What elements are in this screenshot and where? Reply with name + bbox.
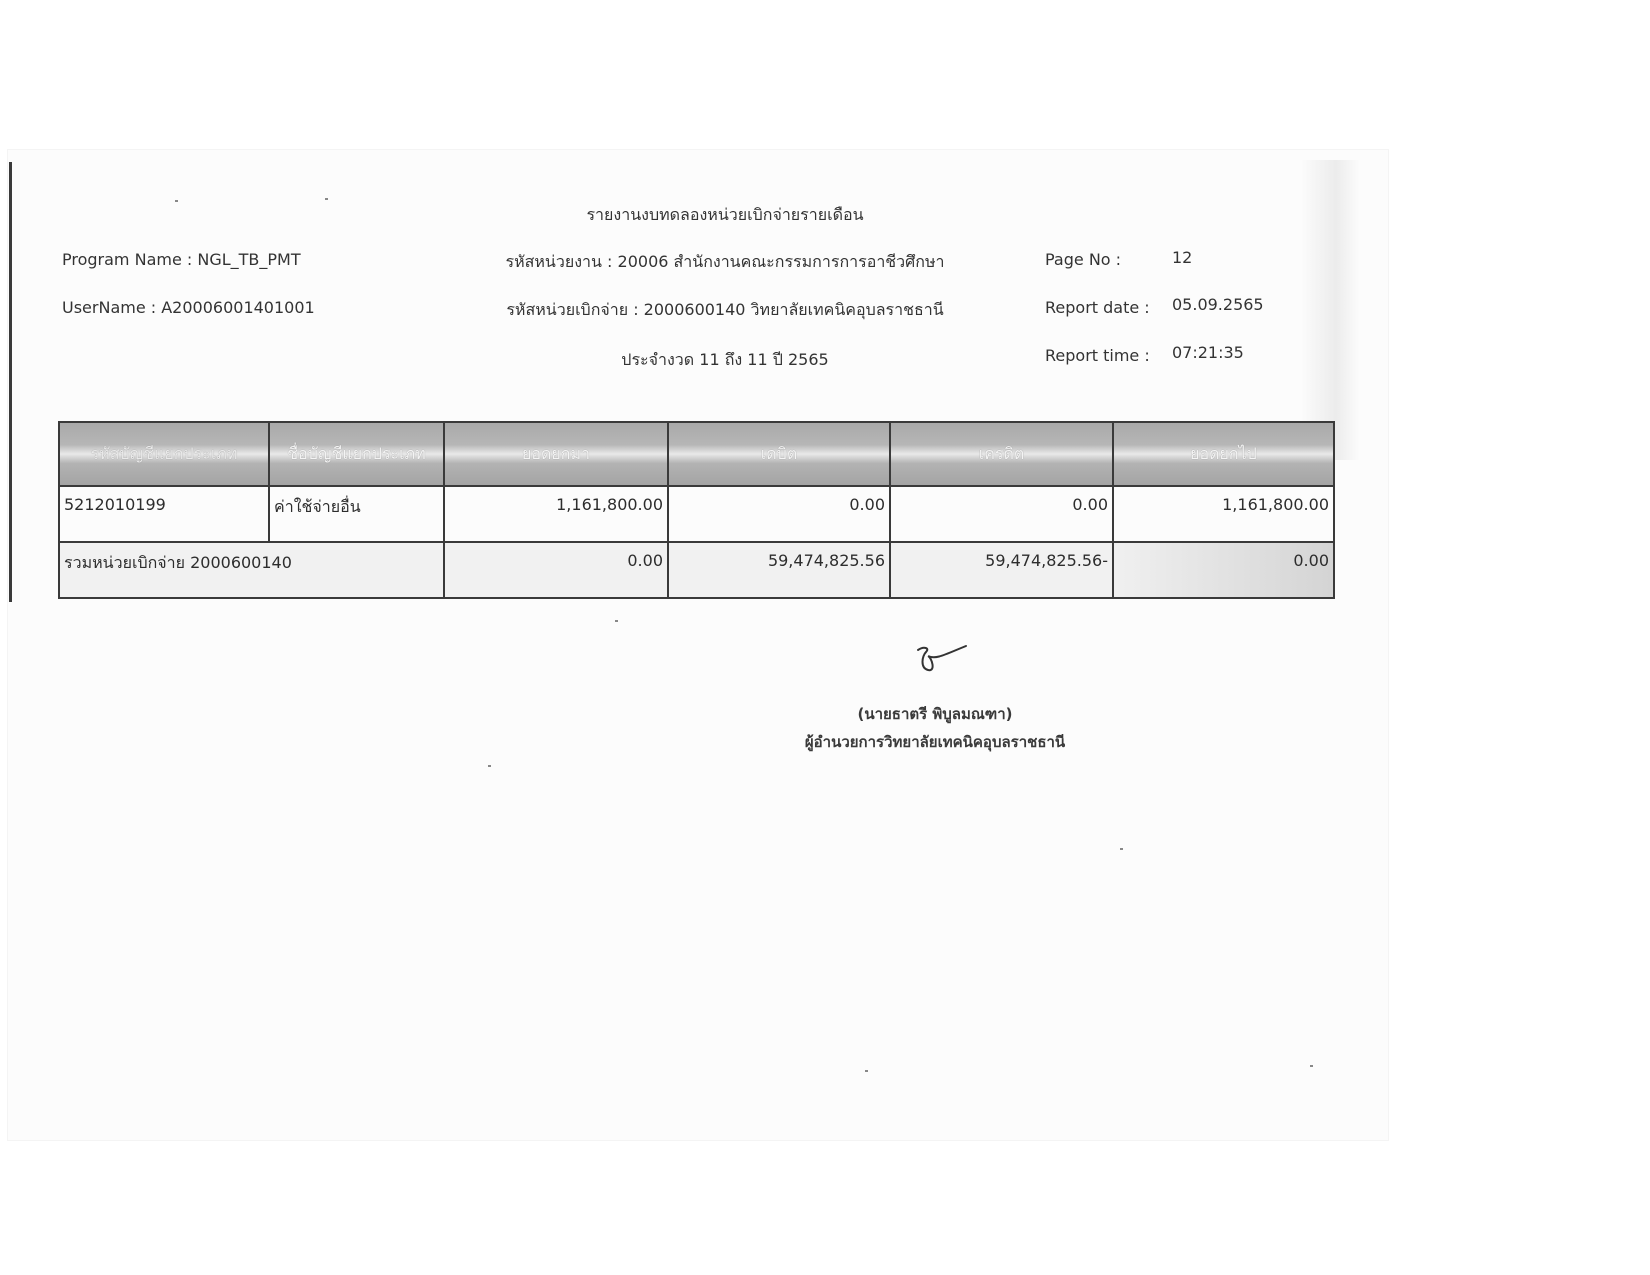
cell-credit: 0.00 xyxy=(890,486,1113,542)
scan-speck xyxy=(615,620,618,622)
total-closing-balance: 0.00 xyxy=(1113,542,1334,598)
disbursement-unit-line: รหัสหน่วยเบิกจ่าย : 2000600140 วิทยาลัยเ… xyxy=(506,298,943,323)
signatory-position: ผู้อำนวยการวิทยาลัยเทคนิคอุบลราชธานี xyxy=(805,730,1065,754)
table-header-row: รหัสบัญชีแยกประเภท ชื่อบัญชีแยกประเภท ยอ… xyxy=(59,422,1334,486)
cell-opening-balance: 1,161,800.00 xyxy=(444,486,668,542)
scan-speck xyxy=(865,1070,868,1072)
total-credit: 59,474,825.56- xyxy=(890,542,1113,598)
report-time-label: Report time : xyxy=(1045,346,1150,365)
scan-shadow xyxy=(1300,160,1360,460)
trial-balance-table: รหัสบัญชีแยกประเภท ชื่อบัญชีแยกประเภท ยอ… xyxy=(58,421,1335,599)
cell-debit: 0.00 xyxy=(668,486,890,542)
program-name: Program Name : NGL_TB_PMT xyxy=(62,250,301,269)
total-row: รวมหน่วยเบิกจ่าย 2000600140 0.00 59,474,… xyxy=(59,542,1334,598)
agency-line: รหัสหน่วยงาน : 20006 สำนักงานคณะกรรมการก… xyxy=(505,250,944,275)
cell-account-name: ค่าใช้จ่ายอื่น xyxy=(269,486,444,542)
page-no-label: Page No : xyxy=(1045,250,1121,269)
username: UserName : A20006001401001 xyxy=(62,298,315,317)
scan-speck xyxy=(1310,1065,1313,1067)
scan-speck xyxy=(325,198,328,200)
scan-edge-line xyxy=(9,162,12,602)
total-debit: 59,474,825.56 xyxy=(668,542,890,598)
table-row: 5212010199 ค่าใช้จ่ายอื่น 1,161,800.00 0… xyxy=(59,486,1334,542)
report-title: รายงานงบทดลองหน่วยเบิกจ่ายรายเดือน xyxy=(586,203,863,228)
scan-speck xyxy=(1120,848,1123,850)
total-opening-balance: 0.00 xyxy=(444,542,668,598)
cell-account-code: 5212010199 xyxy=(59,486,269,542)
handwritten-signature xyxy=(910,640,970,680)
report-date-label: Report date : xyxy=(1045,298,1150,317)
column-header-closing-balance: ยอดยกไป xyxy=(1113,422,1334,486)
period-line: ประจำงวด 11 ถึง 11 ปี 2565 xyxy=(621,348,828,373)
report-time-value: 07:21:35 xyxy=(1172,343,1244,362)
column-header-opening-balance: ยอดยกมา xyxy=(444,422,668,486)
column-header-account-name: ชื่อบัญชีแยกประเภท xyxy=(269,422,444,486)
report-date-value: 05.09.2565 xyxy=(1172,295,1264,314)
total-label: รวมหน่วยเบิกจ่าย 2000600140 xyxy=(59,542,444,598)
column-header-account-code: รหัสบัญชีแยกประเภท xyxy=(59,422,269,486)
column-header-debit: เดบิต xyxy=(668,422,890,486)
signatory-name: (นายธาตรี พิบูลมณฑา) xyxy=(857,702,1012,726)
scan-speck xyxy=(488,765,491,767)
column-header-credit: เครดิต xyxy=(890,422,1113,486)
scan-speck xyxy=(175,200,178,202)
cell-closing-balance: 1,161,800.00 xyxy=(1113,486,1334,542)
page-no-value: 12 xyxy=(1172,248,1192,267)
